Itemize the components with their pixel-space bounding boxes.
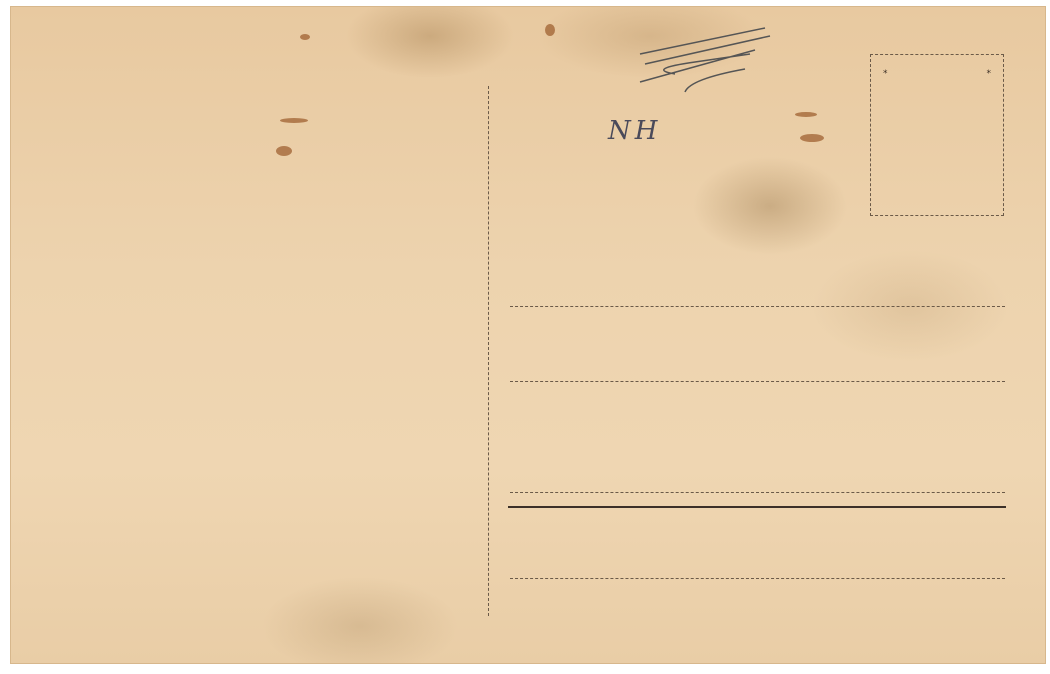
- foxing-spot: [280, 118, 308, 123]
- address-line: [510, 306, 1005, 307]
- foxing-spot: [300, 34, 310, 40]
- address-line: [510, 381, 1005, 382]
- address-line: [510, 578, 1005, 579]
- center-divider-line: [488, 86, 489, 616]
- foxing-spot: [800, 134, 824, 142]
- stamp-box: * *: [870, 54, 1004, 216]
- handwritten-initials: NH: [608, 116, 661, 146]
- foxing-spot: [795, 112, 817, 117]
- address-line: [510, 492, 1005, 493]
- stamp-marker-left: *: [883, 69, 888, 79]
- foxing-spot: [545, 24, 555, 36]
- foxing-spot: [276, 146, 292, 156]
- pencil-scribble: [635, 24, 775, 94]
- stamp-marker-right: *: [987, 69, 992, 79]
- address-underline: [508, 506, 1006, 508]
- postcard-back: * * NH: [10, 6, 1046, 664]
